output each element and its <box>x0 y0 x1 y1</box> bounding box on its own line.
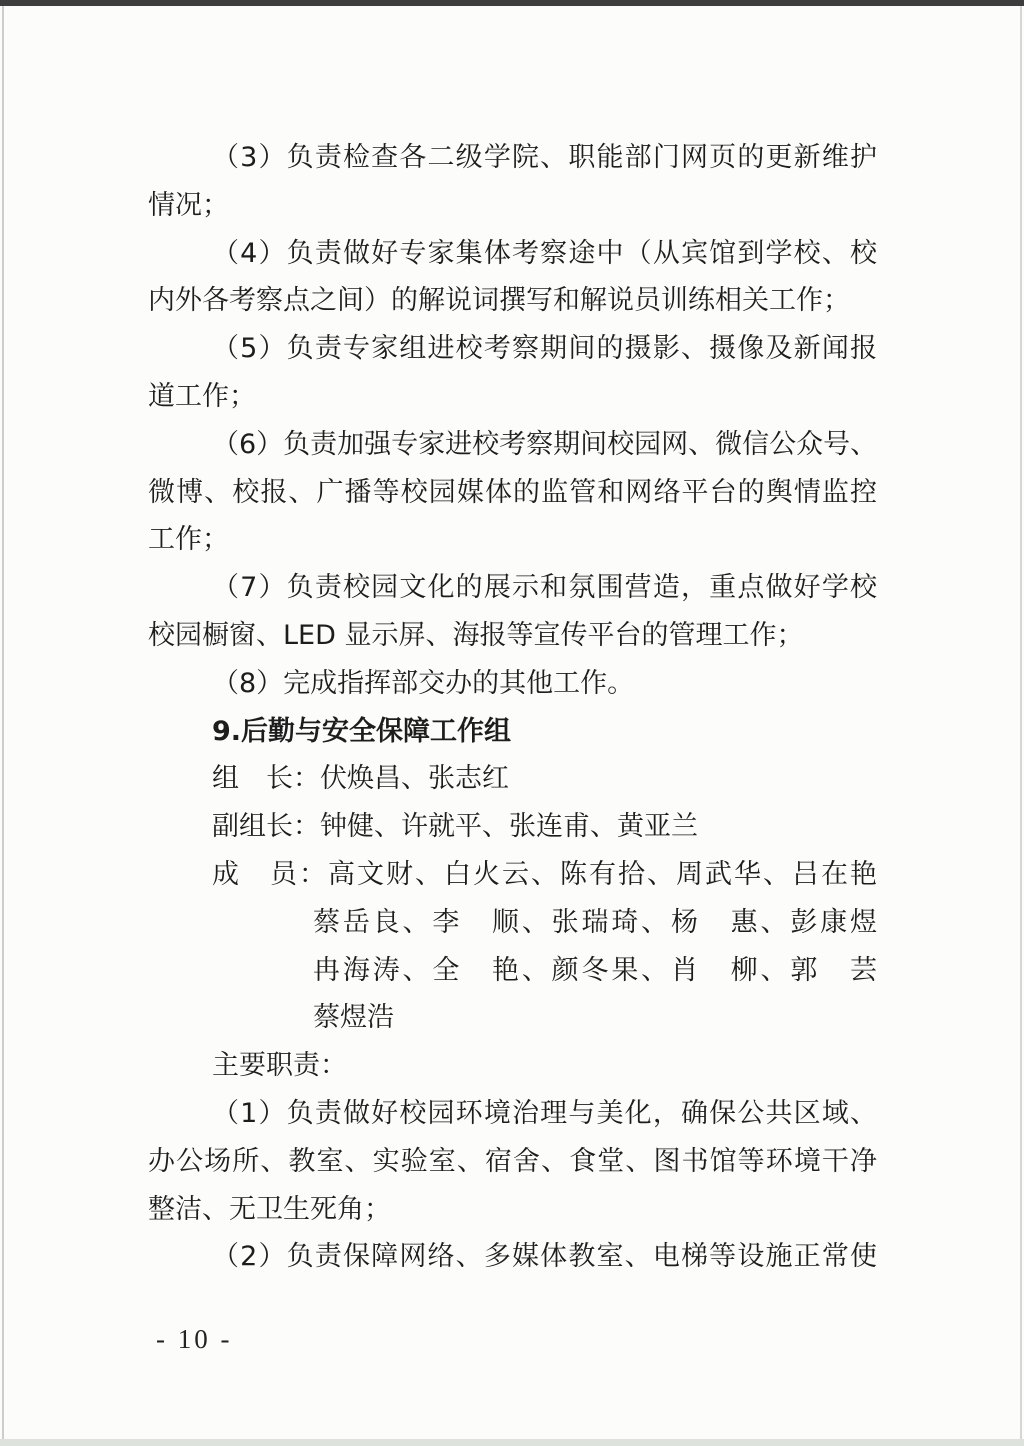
text-line: 校园橱窗、LED 显示屏、海报等宣传平台的管理工作； <box>148 612 877 660</box>
text-line: （3）负责检查各二级学院、职能部门网页的更新维护 <box>148 134 877 182</box>
text-line: 工作； <box>148 516 877 564</box>
text-line: （8）完成指挥部交办的其他工作。 <box>148 660 877 708</box>
scan-edge-bottom <box>0 1439 1024 1446</box>
group-leader-line: 组 长：伏焕昌、张志红 <box>148 755 877 803</box>
deputy-leader-line: 副组长：钟健、许就平、张连甫、黄亚兰 <box>148 803 877 851</box>
text-line: （6）负责加强专家进校考察期间校园网、微信公众号、 <box>148 421 877 469</box>
text-line: （5）负责专家组进校考察期间的摄影、摄像及新闻报 <box>148 325 877 373</box>
scan-edge-top <box>0 0 1024 6</box>
text-line: （1）负责做好校园环境治理与美化，确保公共区域、 <box>148 1090 877 1138</box>
scan-edge-left <box>2 6 4 1446</box>
members-line: 成 员：高文财、白火云、陈有拾、周武华、吕在艳 <box>148 851 877 899</box>
members-line: 蔡煜浩 <box>148 994 877 1042</box>
duties-label: 主要职责： <box>148 1042 877 1090</box>
text-line: 情况； <box>148 182 877 230</box>
text-line: 整洁、无卫生死角； <box>148 1186 877 1234</box>
page-number: - 10 - <box>156 1324 232 1355</box>
text-line: 内外各考察点之间）的解说词撰写和解说员训练相关工作； <box>148 277 877 325</box>
text-line: 微博、校报、广播等校园媒体的监管和网络平台的舆情监控 <box>148 469 877 517</box>
members-line: 蔡岳良、李 顺、张瑞琦、杨 惠、彭康煜 <box>148 899 877 947</box>
document-lines: （3）负责检查各二级学院、职能部门网页的更新维护情况；（4）负责做好专家集体考察… <box>148 134 877 1281</box>
text-line: （4）负责做好专家集体考察途中（从宾馆到学校、校 <box>148 230 877 278</box>
document-page: （3）负责检查各二级学院、职能部门网页的更新维护情况；（4）负责做好专家集体考察… <box>0 0 1024 1446</box>
text-line: （7）负责校园文化的展示和氛围营造，重点做好学校 <box>148 564 877 612</box>
members-line: 冉海涛、全 艳、颜冬果、肖 柳、郭 芸 <box>148 947 877 995</box>
scan-edge-right <box>1020 6 1022 1446</box>
text-line: （2）负责保障网络、多媒体教室、电梯等设施正常使 <box>148 1233 877 1281</box>
text-line: 道工作； <box>148 373 877 421</box>
text-line: 办公场所、教室、实验室、宿舍、食堂、图书馆等环境干净 <box>148 1138 877 1186</box>
section-heading: 9.后勤与安全保障工作组 <box>148 708 877 756</box>
